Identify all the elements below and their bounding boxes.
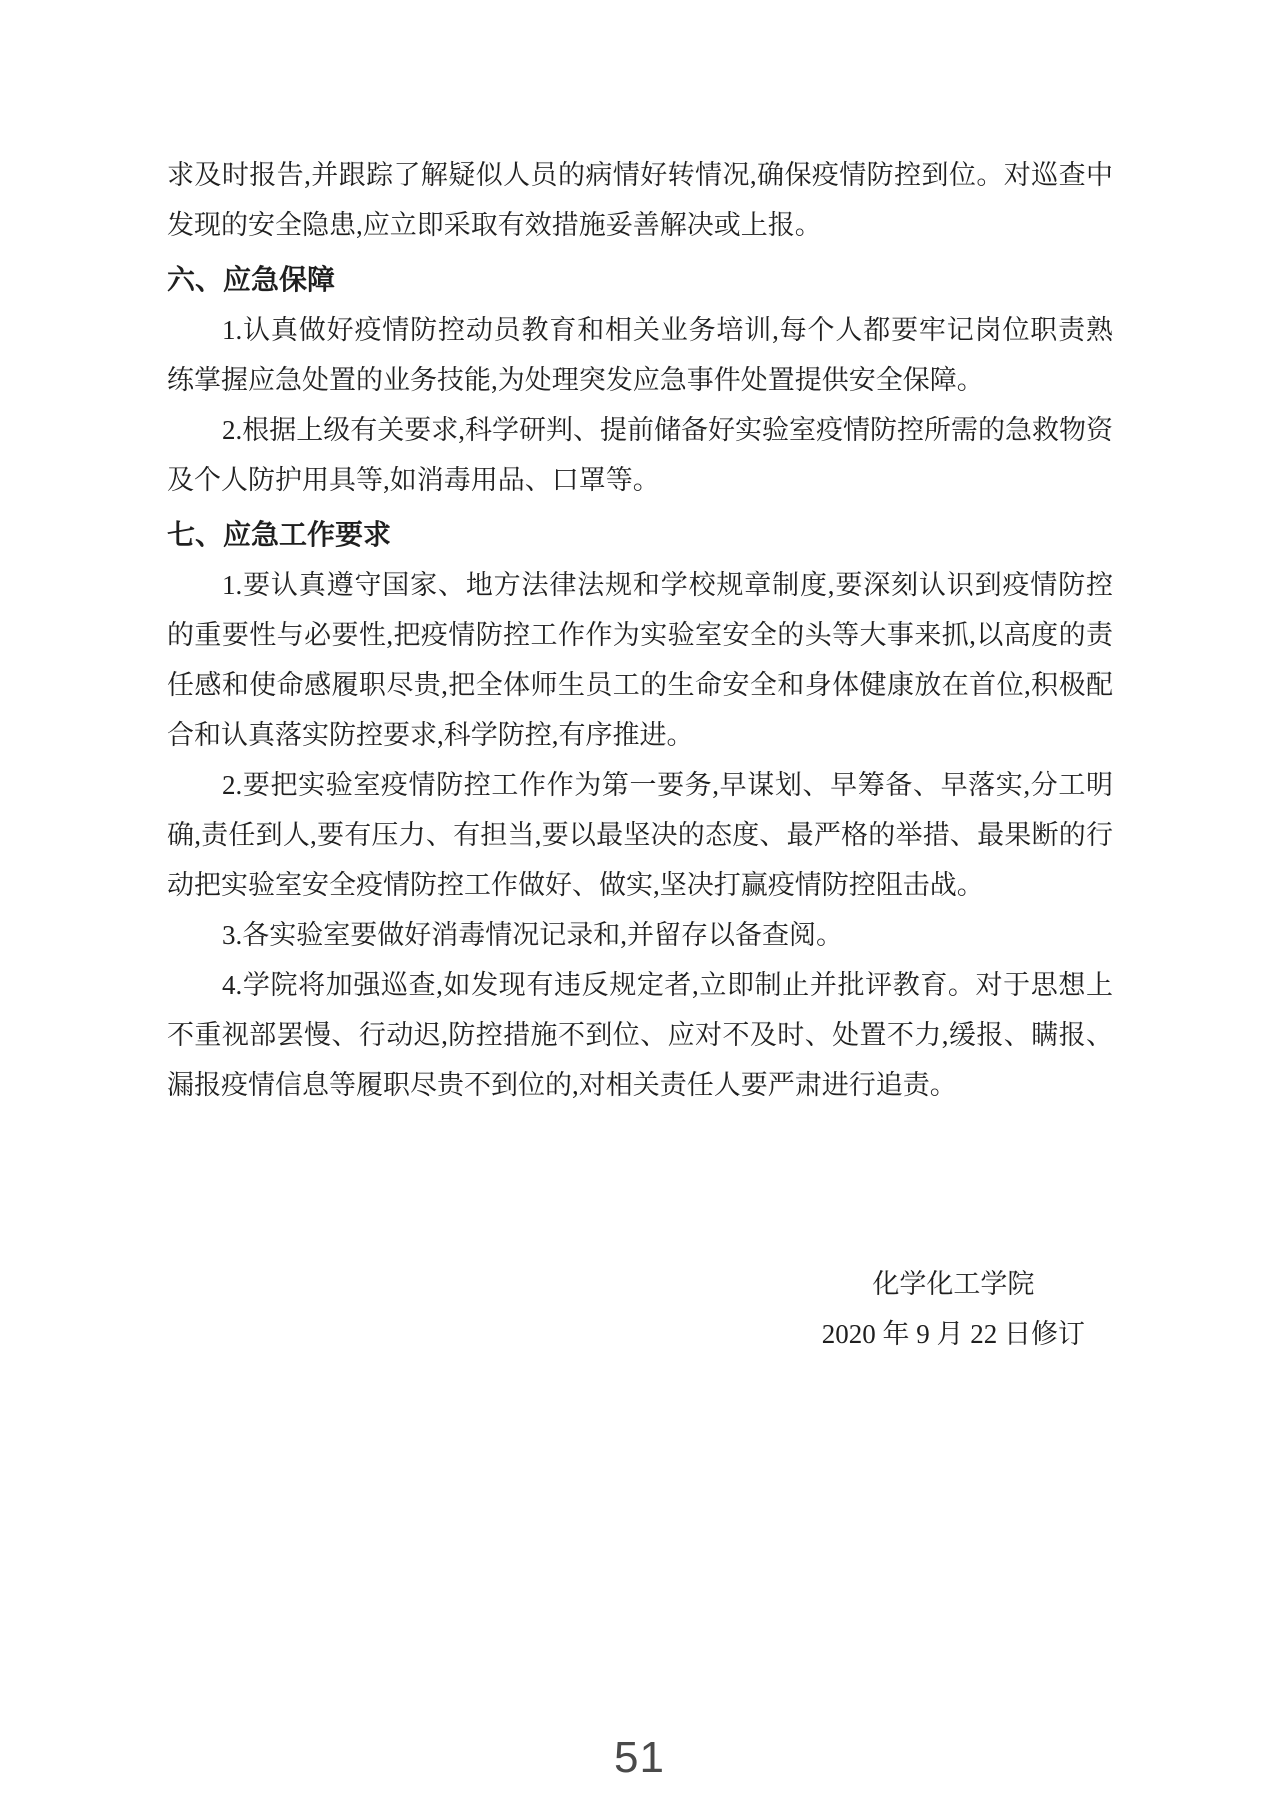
text-line: 合和认真落实防控要求,科学防控,有序推进。 [167, 710, 1113, 760]
text-line: 练掌握应急处置的业务技能,为处理突发应急事件处置提供安全保障。 [167, 355, 1113, 405]
paragraph-item-2: 2.根据上级有关要求,科学研判、提前储备好实验室疫情防控所需的急救物资 及个人防… [167, 405, 1113, 505]
intro-paragraph: 求及时报告,并跟踪了解疑似人员的病情好转情况,确保疫情防控到位。对巡查中 发现的… [167, 150, 1113, 250]
paragraph-item-4: 4.学院将加强巡查,如发现有违反规定者,立即制止并批评教育。对于思想上 不重视部… [167, 960, 1113, 1110]
text-line: 的重要性与必要性,把疫情防控工作作为实验室安全的头等大事来抓,以高度的责 [167, 610, 1113, 660]
text-line: 1.认真做好疫情防控动员教育和相关业务培训,每个人都要牢记岗位职责熟 [167, 305, 1113, 355]
signature-organization: 化学化工学院 [822, 1259, 1085, 1309]
text-line: 及个人防护用具等,如消毒用品、口罩等。 [167, 455, 1113, 505]
paragraph-item-2: 2.要把实验室疫情防控工作作为第一要务,早谋划、早筹备、早落实,分工明 确,责任… [167, 760, 1113, 910]
paragraph-item-3: 3.各实验室要做好消毒情况记录和,并留存以备查阅。 [167, 910, 1113, 960]
text-line: 确,责任到人,要有压力、有担当,要以最坚决的态度、最严格的举措、最果断的行 [167, 810, 1113, 860]
text-line: 动把实验室安全疫情防控工作做好、做实,坚决打赢疫情防控阻击战。 [167, 860, 1113, 910]
document-content: 求及时报告,并跟踪了解疑似人员的病情好转情况,确保疫情防控到位。对巡查中 发现的… [167, 150, 1113, 1359]
paragraph-item-1: 1.认真做好疫情防控动员教育和相关业务培训,每个人都要牢记岗位职责熟 练掌握应急… [167, 305, 1113, 405]
signature-block: 化学化工学院 2020 年 9 月 22 日修订 [822, 1259, 1085, 1359]
text-line: 4.学院将加强巡查,如发现有违反规定者,立即制止并批评教育。对于思想上 [167, 960, 1113, 1010]
text-line: 2.要把实验室疫情防控工作作为第一要务,早谋划、早筹备、早落实,分工明 [167, 760, 1113, 810]
text-line: 不重视部罢慢、行动迟,防控措施不到位、应对不及时、处置不力,缓报、瞒报、 [167, 1010, 1113, 1060]
page-number: 51 [0, 1733, 1279, 1783]
text-line: 求及时报告,并跟踪了解疑似人员的病情好转情况,确保疫情防控到位。对巡查中 [167, 150, 1113, 200]
text-line: 3.各实验室要做好消毒情况记录和,并留存以备查阅。 [167, 910, 1113, 960]
signature-date: 2020 年 9 月 22 日修订 [822, 1309, 1085, 1359]
text-line: 发现的安全隐患,应立即采取有效措施妥善解决或上报。 [167, 200, 1113, 250]
text-line: 任感和使命感履职尽贵,把全体师生员工的生命安全和身体健康放在首位,积极配 [167, 660, 1113, 710]
section-heading-emergency-support: 六、应急保障 [167, 255, 1113, 305]
text-line: 漏报疫情信息等履职尽贵不到位的,对相关责任人要严肃进行追责。 [167, 1060, 1113, 1110]
section-heading-emergency-work-requirements: 七、应急工作要求 [167, 510, 1113, 560]
text-line: 2.根据上级有关要求,科学研判、提前储备好实验室疫情防控所需的急救物资 [167, 405, 1113, 455]
text-line: 1.要认真遵守国家、地方法律法规和学校规章制度,要深刻认识到疫情防控 [167, 560, 1113, 610]
paragraph-item-1: 1.要认真遵守国家、地方法律法规和学校规章制度,要深刻认识到疫情防控 的重要性与… [167, 560, 1113, 760]
